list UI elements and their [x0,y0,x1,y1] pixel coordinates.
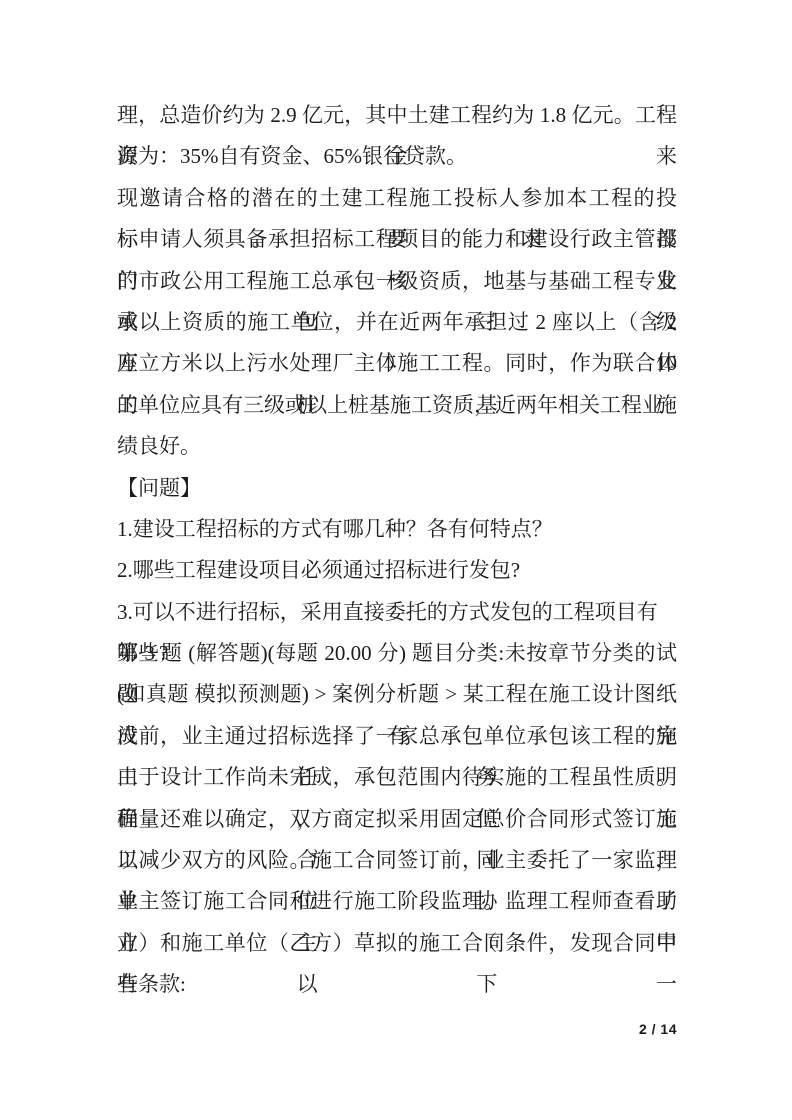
text-line: 标申请人须具备承担招标工程项目的能力和建设行政主管部门核发 [117,219,677,260]
text-line: 或以上资质的施工单位，并在近两年承担过 2 座以上（含 2 座）10 [117,302,677,343]
document-page: 理，总造价约为 2.9 亿元，其中土建工程约为 1.8 亿元。工程资金来源为：3… [0,0,792,1120]
text-line: 以减少双方的风险。施工合同签订前，业主委托了一家监理单位协助 [117,840,677,881]
text-line: 成前，业主通过招标选择了一家总承包单位承包该工程的施工任务。 [117,716,677,757]
text-line [117,426,677,467]
text-line: 程量还难以确定，双方商定拟采用固定总价合同形式签订施工合同， [117,799,677,840]
text-line: 万立方米以上污水处理厂主体施工工程。同时，作为联合体的桩基施 [117,343,677,384]
text-line: 方）和施工单位（乙方）草拟的施工合同条件，发现合同中有以下一 [117,923,677,964]
text-line: 第 3 题 (解答题)(每题 20.00 分) 题目分类:未按章节分类的试题 [117,633,677,674]
text-line: 理，总造价约为 2.9 亿元，其中土建工程约为 1.8 亿元。工程资金来 [117,95,677,136]
text-line: 现邀请合格的潜在的土建工程施工投标人参加本工程的投标。要求投 [117,178,677,219]
text-line: 3.可以不进行招标，采用直接委托的方式发包的工程项目有哪些? [117,592,677,633]
text-line: 2.哪些工程建设项目必须通过招标进行发包? [117,550,677,591]
page-number: 2 / 14 [639,1021,677,1037]
document-text-block: 理，总造价约为 2.9 亿元，其中土建工程约为 1.8 亿元。工程资金来源为：3… [117,95,677,1006]
text-line: 的市政公用工程施工总承包一级资质，地基与基础工程专业承包三级 [117,261,677,302]
text-line: 由于设计工作尚未完成，承包范围内待实施的工程虽性质明确，但工 [117,757,677,798]
page-footer: 2 / 14 [117,1021,677,1039]
text-line: 【问题】 [117,468,677,509]
text-line: (如真题 模拟预测题) > 案例分析题 > 某工程在施工设计图纸没有完 [117,674,677,715]
text-line: 业主签订施工合同和进行施工阶段监理。监理工程师查看了业主（甲 [117,881,677,922]
text-line: 工单位应具有三级或以上桩基施工资质，近两年相关工程业绩良好。 [117,385,677,426]
text-line: 1.建设工程招标的方式有哪几种？各有何特点？ [117,509,677,550]
